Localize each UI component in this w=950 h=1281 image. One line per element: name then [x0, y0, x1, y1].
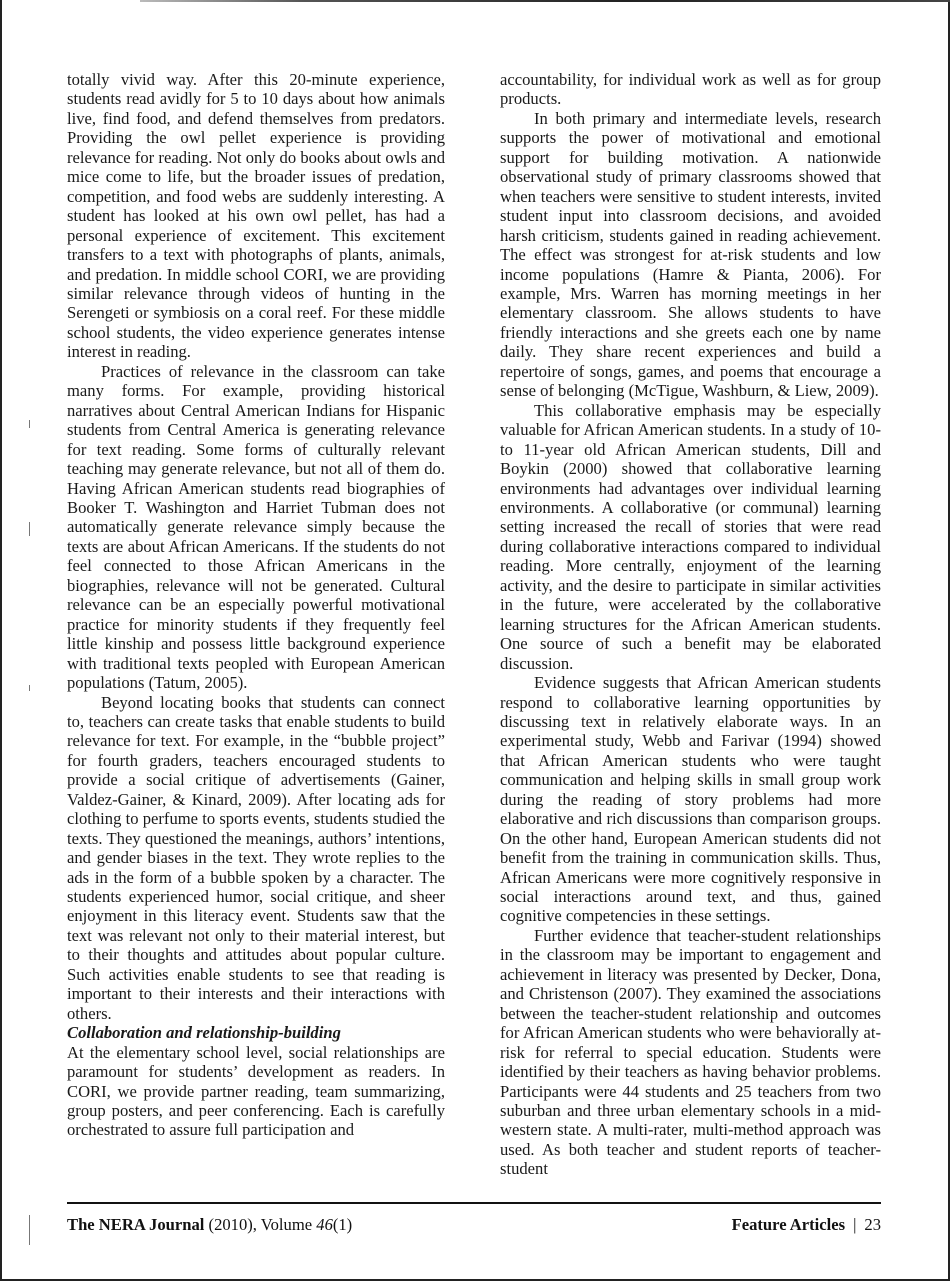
footer-separator: | [853, 1215, 856, 1234]
scan-top-edge [140, 0, 950, 2]
journal-volume: 46 [316, 1215, 333, 1234]
footer-rule [67, 1202, 881, 1204]
section-name: Feature Articles [732, 1215, 846, 1234]
left-column: totally vivid way. After this 20-minute … [67, 70, 445, 1140]
right-column: accountability, for individual work as w… [500, 70, 881, 1179]
body-paragraph: Further evidence that teacher-student re… [500, 926, 881, 1179]
scan-artifact [29, 685, 30, 691]
page-number: 23 [864, 1215, 881, 1234]
journal-name: The NERA Journal [67, 1215, 204, 1234]
scan-artifact [29, 522, 30, 536]
footer-journal-citation: The NERA Journal (2010), Volume 46(1) [67, 1215, 352, 1235]
section-heading: Collaboration and relationship-building [67, 1023, 445, 1042]
footer-page-info: Feature Articles|23 [732, 1215, 881, 1235]
body-paragraph: totally vivid way. After this 20-minute … [67, 70, 445, 362]
body-paragraph: In both primary and intermediate levels,… [500, 109, 881, 401]
body-paragraph: At the elementary school level, social r… [67, 1043, 445, 1140]
scan-artifact [29, 420, 30, 428]
journal-issue: (1) [333, 1215, 352, 1234]
body-paragraph: Beyond locating books that students can … [67, 693, 445, 1024]
body-paragraph: accountability, for individual work as w… [500, 70, 881, 109]
body-paragraph: Practices of relevance in the classroom … [67, 362, 445, 693]
body-paragraph: This collaborative emphasis may be espec… [500, 401, 881, 673]
body-paragraph: Evidence suggests that African American … [500, 673, 881, 926]
scan-artifact [29, 1215, 30, 1245]
journal-year: (2010), Volume [209, 1215, 317, 1234]
